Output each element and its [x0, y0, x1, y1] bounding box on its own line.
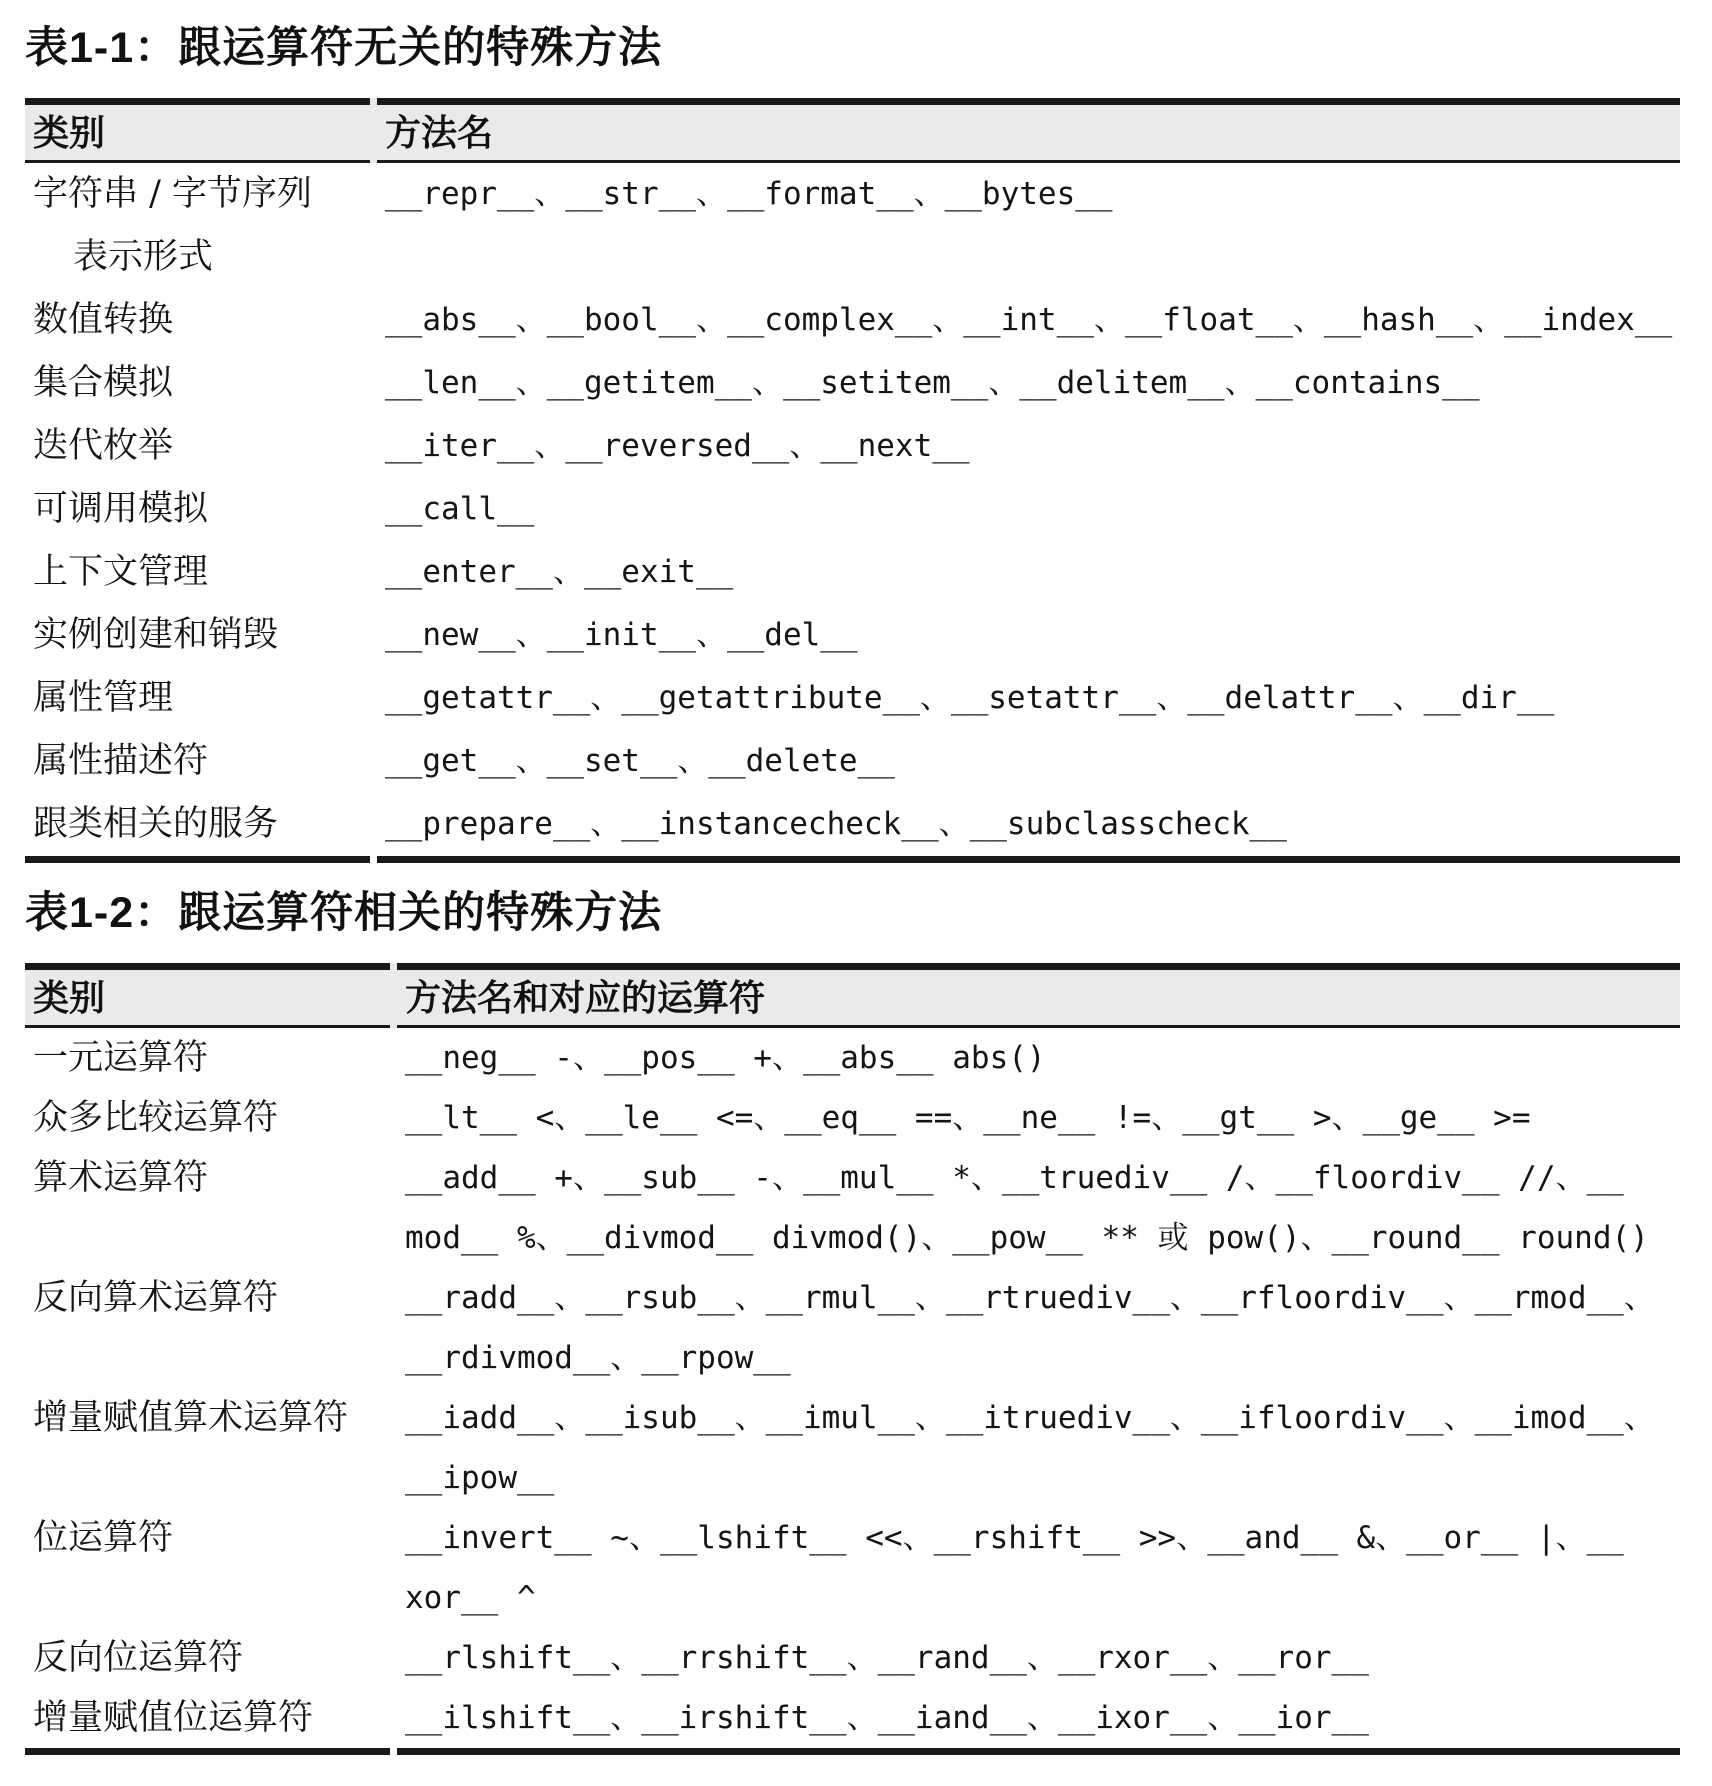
category-line: 属性描述符 [33, 730, 370, 793]
table-2-section: 表1-2：跟运算符相关的特殊方法 类别 方法名和对应的运算符 一元运算符__ne… [25, 887, 1680, 1755]
category-line: 一元运算符 [33, 1028, 390, 1088]
table-1-section: 表1-1：跟运算符无关的特殊方法 类别 方法名 字符串 / 字节序列表示形式__… [25, 22, 1680, 863]
methods-line: __invert__ ~、__lshift__ <<、__rshift__ >>… [405, 1508, 1680, 1568]
category-cell: 增量赋值算术运算符 [25, 1388, 390, 1508]
category-line: 迭代枚举 [33, 415, 370, 478]
category-cell: 反向位运算符 [25, 1628, 390, 1688]
methods-cell: __repr__、__str__、__format__、__bytes__ [377, 163, 1680, 289]
methods-cell: __iter__、__reversed__、__next__ [377, 415, 1680, 478]
category-line: 实例创建和销毁 [33, 604, 370, 667]
category-cell: 集合模拟 [25, 352, 370, 415]
category-cell: 一元运算符 [25, 1028, 390, 1088]
category-line: 众多比较运算符 [33, 1088, 390, 1148]
methods-cell: __iadd__、__isub__、__imul__、__itruediv__、… [397, 1388, 1680, 1508]
methods-line: __getattr__、__getattribute__、__setattr__… [385, 667, 1680, 730]
methods-cell: __new__、__init__、__del__ [377, 604, 1680, 667]
table-2-col-header-methods: 方法名和对应的运算符 [397, 963, 1680, 1028]
methods-line: xor__ ^ [405, 1568, 1680, 1628]
category-line: 属性管理 [33, 667, 370, 730]
methods-line: __call__ [385, 478, 1680, 541]
methods-line: __rlshift__、__rrshift__、__rand__、__rxor_… [405, 1628, 1680, 1688]
methods-line: __prepare__、__instancecheck__、__subclass… [385, 793, 1680, 856]
category-cell: 跟类相关的服务 [25, 793, 370, 863]
methods-cell: __prepare__、__instancecheck__、__subclass… [377, 793, 1680, 863]
methods-cell: __call__ [377, 478, 1680, 541]
methods-cell: __getattr__、__getattribute__、__setattr__… [377, 667, 1680, 730]
methods-cell: __rlshift__、__rrshift__、__rand__、__rxor_… [397, 1628, 1680, 1688]
methods-line: __iter__、__reversed__、__next__ [385, 415, 1680, 478]
table-2: 类别 方法名和对应的运算符 一元运算符__neg__ -、__pos__ +、_… [25, 963, 1680, 1755]
category-cell: 迭代枚举 [25, 415, 370, 478]
category-line: 可调用模拟 [33, 478, 370, 541]
category-line: 字符串 / 字节序列 [33, 163, 370, 226]
methods-line: __add__ +、__sub__ -、__mul__ *、__truediv_… [405, 1148, 1680, 1208]
category-line: 增量赋值位运算符 [33, 1688, 390, 1748]
methods-line: __abs__、__bool__、__complex__、__int__、__f… [385, 289, 1680, 352]
table-1-header-row: 类别 方法名 [25, 98, 1680, 163]
category-line: 集合模拟 [33, 352, 370, 415]
book-page: 表1-1：跟运算符无关的特殊方法 类别 方法名 字符串 / 字节序列表示形式__… [0, 0, 1712, 1755]
category-cell: 算术运算符 [25, 1148, 390, 1268]
methods-line: __len__、__getitem__、__setitem__、__delite… [385, 352, 1680, 415]
category-line: 表示形式 [33, 226, 370, 289]
category-cell: 上下文管理 [25, 541, 370, 604]
category-cell: 字符串 / 字节序列表示形式 [25, 163, 370, 289]
category-cell: 众多比较运算符 [25, 1088, 390, 1148]
methods-line: __rdivmod__、__rpow__ [405, 1328, 1680, 1388]
table-1-title: 表1-1：跟运算符无关的特殊方法 [25, 22, 1680, 74]
methods-line: mod__ %、__divmod__ divmod()、__pow__ ** 或… [405, 1208, 1680, 1268]
methods-cell: __lt__ <、__le__ <=、__eq__ ==、__ne__ !=、_… [397, 1088, 1680, 1148]
category-line: 反向位运算符 [33, 1628, 390, 1688]
methods-line: __neg__ -、__pos__ +、__abs__ abs() [405, 1028, 1680, 1088]
category-cell: 可调用模拟 [25, 478, 370, 541]
methods-line: __get__、__set__、__delete__ [385, 730, 1680, 793]
category-line: 算术运算符 [33, 1148, 390, 1208]
methods-line: __new__、__init__、__del__ [385, 604, 1680, 667]
category-line: 跟类相关的服务 [33, 793, 370, 856]
category-line: 上下文管理 [33, 541, 370, 604]
methods-cell: __len__、__getitem__、__setitem__、__delite… [377, 352, 1680, 415]
methods-line: __ilshift__、__irshift__、__iand__、__ixor_… [405, 1688, 1680, 1748]
table-1: 类别 方法名 字符串 / 字节序列表示形式__repr__、__str__、__… [25, 98, 1680, 863]
category-cell: 属性管理 [25, 667, 370, 730]
category-cell: 增量赋值位运算符 [25, 1688, 390, 1755]
category-cell: 位运算符 [25, 1508, 390, 1628]
methods-line: __ipow__ [405, 1448, 1680, 1508]
methods-cell: __enter__、__exit__ [377, 541, 1680, 604]
methods-cell: __ilshift__、__irshift__、__iand__、__ixor_… [397, 1688, 1680, 1755]
category-line: 增量赋值算术运算符 [33, 1388, 390, 1448]
category-cell: 属性描述符 [25, 730, 370, 793]
methods-cell: __get__、__set__、__delete__ [377, 730, 1680, 793]
category-line: 反向算术运算符 [33, 1268, 390, 1328]
methods-cell: __invert__ ~、__lshift__ <<、__rshift__ >>… [397, 1508, 1680, 1628]
methods-line: __iadd__、__isub__、__imul__、__itruediv__、… [405, 1388, 1680, 1448]
methods-cell: __add__ +、__sub__ -、__mul__ *、__truediv_… [397, 1148, 1680, 1268]
category-line: 位运算符 [33, 1508, 390, 1568]
methods-cell: __abs__、__bool__、__complex__、__int__、__f… [377, 289, 1680, 352]
table-2-body: 一元运算符__neg__ -、__pos__ +、__abs__ abs()众多… [25, 1028, 1680, 1755]
table-2-header-row: 类别 方法名和对应的运算符 [25, 963, 1680, 1028]
table-1-col-header-category: 类别 [25, 98, 370, 163]
methods-cell: __radd__、__rsub__、__rmul__、__rtruediv__、… [397, 1268, 1680, 1388]
methods-cell: __neg__ -、__pos__ +、__abs__ abs() [397, 1028, 1680, 1088]
methods-line: __radd__、__rsub__、__rmul__、__rtruediv__、… [405, 1268, 1680, 1328]
table-2-col-header-category: 类别 [25, 963, 390, 1028]
category-line: 数值转换 [33, 289, 370, 352]
methods-line: __enter__、__exit__ [385, 541, 1680, 604]
category-cell: 数值转换 [25, 289, 370, 352]
table-2-title: 表1-2：跟运算符相关的特殊方法 [25, 887, 1680, 939]
methods-line: __lt__ <、__le__ <=、__eq__ ==、__ne__ !=、_… [405, 1088, 1680, 1148]
methods-line: __repr__、__str__、__format__、__bytes__ [385, 163, 1680, 226]
table-1-col-header-methods: 方法名 [377, 98, 1680, 163]
category-cell: 反向算术运算符 [25, 1268, 390, 1388]
category-cell: 实例创建和销毁 [25, 604, 370, 667]
table-1-body: 字符串 / 字节序列表示形式__repr__、__str__、__format_… [25, 163, 1680, 863]
